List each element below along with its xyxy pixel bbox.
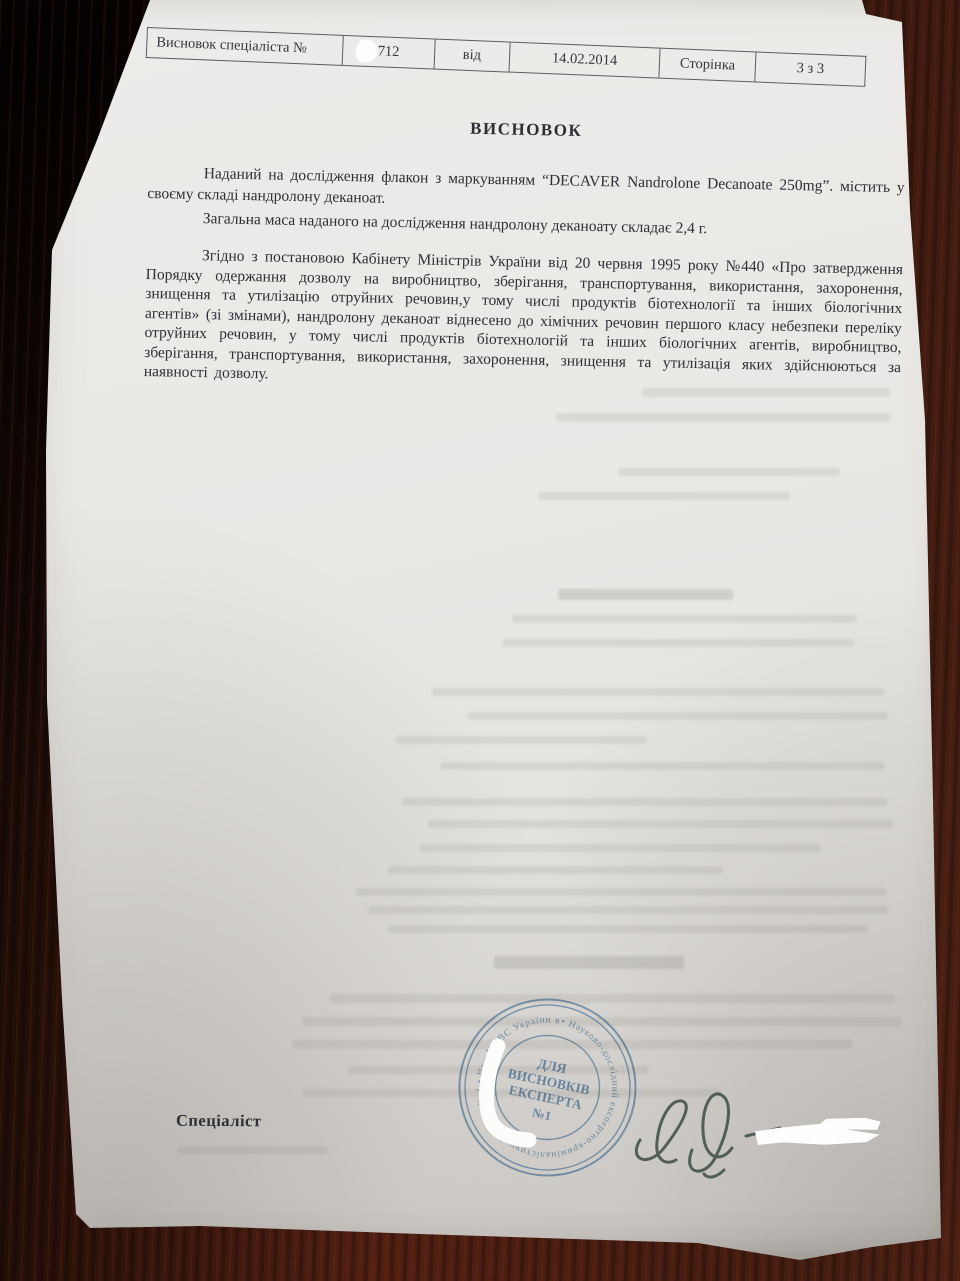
header-cell-number: 712: [342, 36, 434, 69]
paragraph-legal-reference: Згідно з постановою Кабінету Міністрів У…: [144, 245, 904, 397]
bleed-through-line: [178, 1146, 328, 1154]
page-label: Сторінка: [680, 55, 736, 74]
bleed-through-line: [556, 413, 891, 422]
bleed-through-line: [388, 866, 723, 874]
header-cell-from: від: [433, 40, 510, 72]
bleed-through-line: [432, 688, 884, 696]
bleed-through-line: [538, 492, 790, 500]
header-table: Висновок спеціаліста № 712 від 14.02.201…: [146, 27, 867, 87]
conclusion-number-label: Висновок спеціаліста №: [156, 34, 307, 57]
date-value: 14.02.2014: [552, 50, 618, 70]
stamp-text-line4: №1: [531, 1106, 552, 1124]
bleed-through-line: [368, 906, 888, 914]
bleed-through-line: [388, 925, 868, 933]
whiteout-over-number: [355, 38, 380, 64]
specialist-label: Спеціаліст: [176, 1111, 262, 1132]
bleed-through-line: [468, 712, 888, 720]
header-cell-label: Висновок спеціаліста №: [147, 28, 343, 65]
bleed-through-line: [618, 468, 840, 476]
bleed-through-line: [396, 736, 646, 744]
bleed-through-line: [494, 956, 684, 969]
bleed-through-line: [330, 994, 895, 1003]
header-cell-page-label: Сторінка: [658, 49, 755, 82]
bleed-through-line: [356, 888, 886, 896]
document-body: Наданий на дослідження флакон з маркуван…: [144, 162, 905, 397]
header-cell-date: 14.02.2014: [509, 43, 660, 78]
conclusion-number-value: 712: [377, 43, 399, 61]
bleed-through-line: [558, 589, 733, 600]
bleed-through-line: [512, 615, 857, 623]
bleed-through-line: [420, 844, 820, 852]
bleed-through-line: [428, 820, 893, 828]
header-cell-page-value: 3 з 3: [754, 52, 865, 85]
document-page: Висновок спеціаліста № 712 від 14.02.201…: [0, 0, 960, 1281]
bleed-through-line: [402, 798, 888, 806]
page-value: 3 з 3: [796, 60, 824, 78]
document-title: ВИСНОВОК: [148, 112, 905, 148]
bleed-through-line: [502, 639, 854, 647]
date-label: від: [462, 47, 481, 65]
bleed-through-line: [440, 762, 885, 770]
